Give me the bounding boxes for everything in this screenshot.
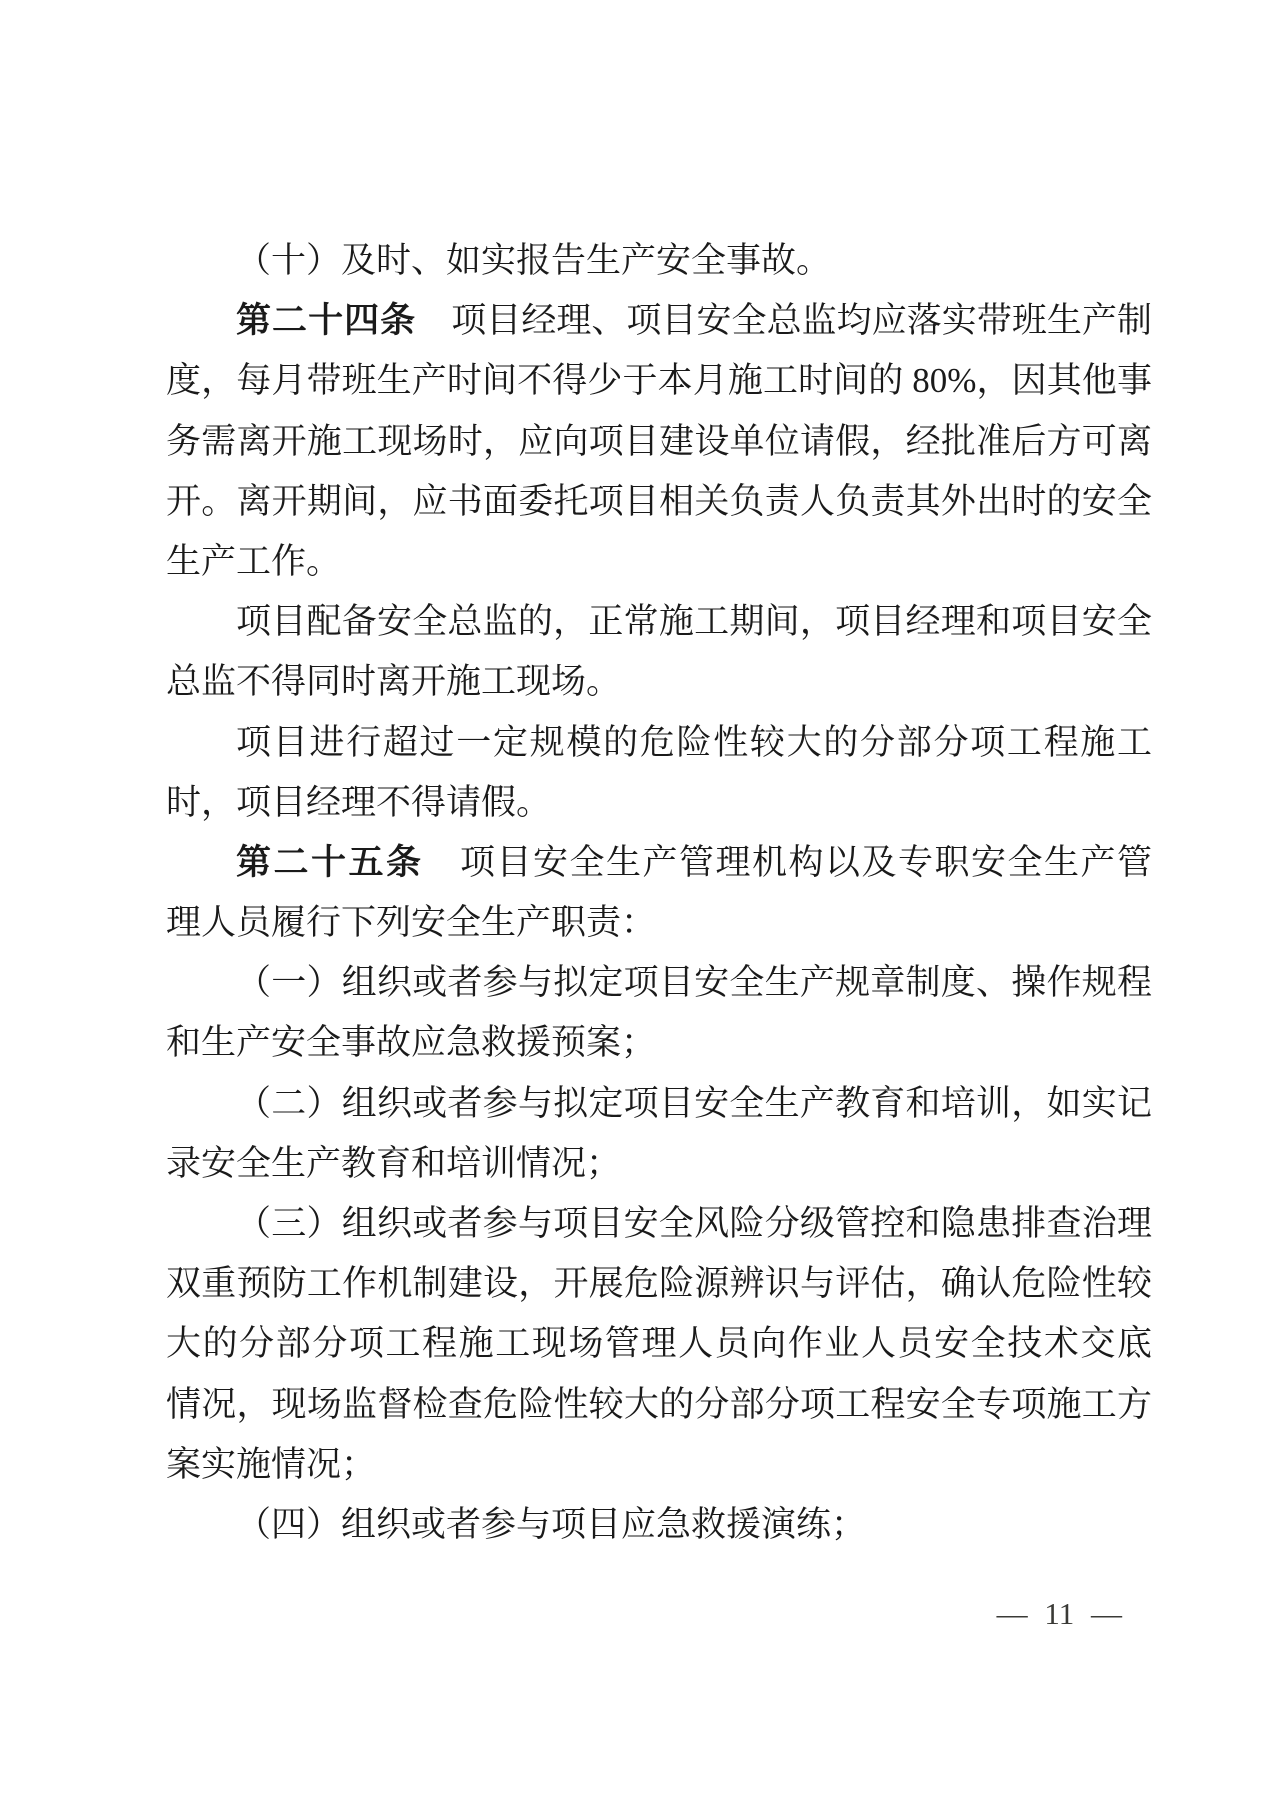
text-line: 第二十四条 项目经理、项目安全总监均应落实带班生产制 [166,291,1152,351]
text-line: 项目进行超过一定规模的危险性较大的分部分项工程施工 [166,713,1152,773]
text-line: 案实施情况； [166,1435,1152,1495]
text-line: 总监不得同时离开施工现场。 [166,652,1152,712]
text-line: （四）组织或者参与项目应急救援演练； [166,1495,1152,1555]
text-line: （十）及时、如实报告生产安全事故。 [166,231,1152,291]
text-line: 项目配备安全总监的，正常施工期间，项目经理和项目安全 [166,592,1152,652]
article-number: 第二十五条 [236,843,424,882]
text-line: 时，项目经理不得请假。 [166,773,1152,833]
text-line: （二）组织或者参与拟定项目安全生产教育和培训，如实记 [166,1074,1152,1134]
text-line: 录安全生产教育和培训情况； [166,1134,1152,1194]
document-content: （十）及时、如实报告生产安全事故。第二十四条 项目经理、项目安全总监均应落实带班… [166,231,1152,1555]
text-line: 度，每月带班生产时间不得少于本月施工时间的 80%，因其他事 [166,351,1152,411]
text-line: 务需离开施工现场时，应向项目建设单位请假，经批准后方可离 [166,412,1152,472]
document-page: （十）及时、如实报告生产安全事故。第二十四条 项目经理、项目安全总监均应落实带班… [0,0,1280,1810]
article-number: 第二十四条 [236,301,416,340]
text-line: （一）组织或者参与拟定项目安全生产规章制度、操作规程 [166,953,1152,1013]
text-line: 双重预防工作机制建设，开展危险源辨识与评估，确认危险性较 [166,1254,1152,1314]
text-line: 开。离开期间，应书面委托项目相关负责人负责其外出时的安全 [166,472,1152,532]
text-line: 大的分部分项工程施工现场管理人员向作业人员安全技术交底 [166,1314,1152,1374]
text-line: 理人员履行下列安全生产职责： [166,893,1152,953]
text-line: 和生产安全事故应急救援预案； [166,1013,1152,1073]
page-number: — 11 — [0,1594,1122,1634]
text-line: 情况，现场监督检查危险性较大的分部分项工程安全专项施工方 [166,1375,1152,1435]
text-line: 生产工作。 [166,532,1152,592]
text-line: 第二十五条 项目安全生产管理机构以及专职安全生产管 [166,833,1152,893]
text-line: （三）组织或者参与项目安全风险分级管控和隐患排查治理 [166,1194,1152,1254]
